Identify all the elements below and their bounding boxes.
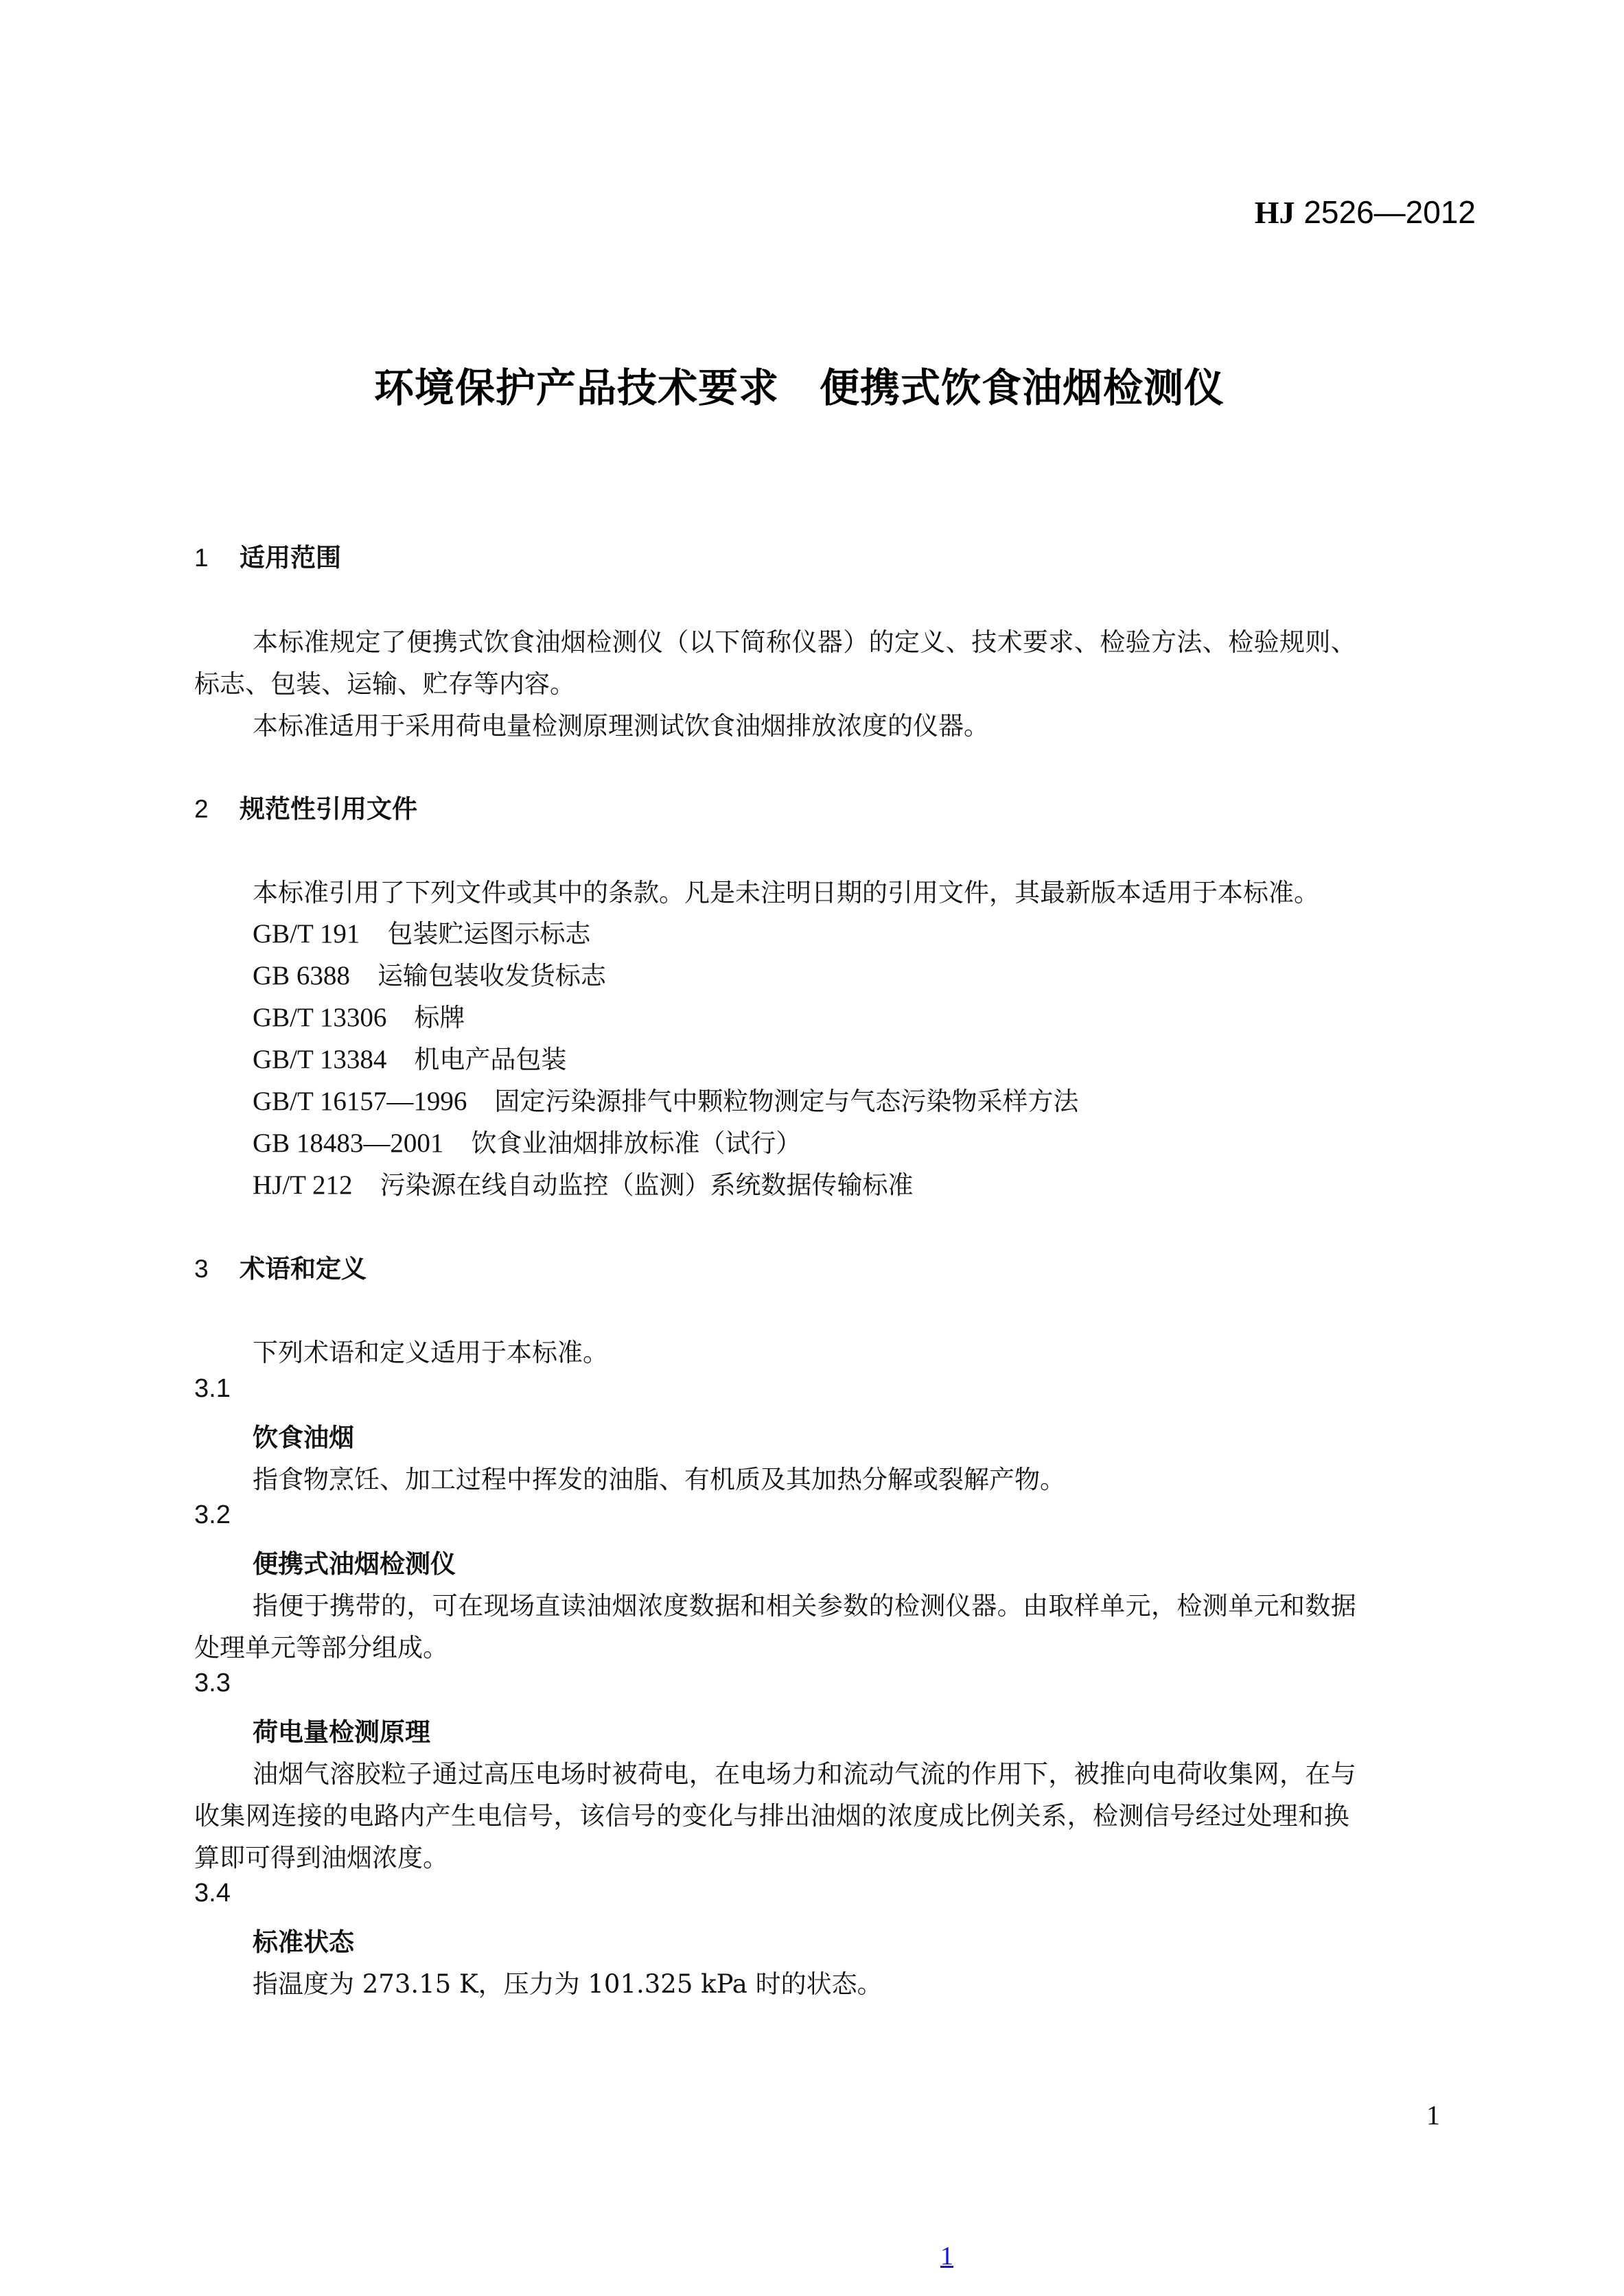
section-heading-1: 1适用范围 bbox=[194, 537, 341, 574]
term-definition: 处理单元等部分组成。 bbox=[194, 1627, 448, 1664]
paragraph: 本标准引用了下列文件或其中的条款。凡是未注明日期的引用文件，其最新版本适用于本标… bbox=[253, 872, 1319, 909]
standard-prefix: HJ bbox=[1255, 195, 1295, 230]
term-definition: 油烟气溶胶粒子通过高压电场时被荷电，在电场力和流动气流的作用下，被推向电荷收集网… bbox=[253, 1753, 1356, 1790]
reference-item: GB/T 13306标牌 bbox=[253, 997, 465, 1034]
term-definition: 指食物烹饪、加工过程中挥发的油脂、有机质及其加热分解或裂解产物。 bbox=[253, 1459, 1065, 1496]
page-link[interactable]: 1 bbox=[940, 2241, 953, 2271]
paragraph: 标志、包装、运输、贮存等内容。 bbox=[194, 663, 575, 700]
section-heading-2: 2规范性引用文件 bbox=[194, 788, 417, 825]
subsection-number: 3.2 bbox=[194, 1500, 231, 1530]
page-number: 1 bbox=[1426, 2099, 1440, 2131]
subsection-number: 3.1 bbox=[194, 1374, 231, 1404]
term-definition: 指温度为 273.15 K，压力为 101.325 kPa 时的状态。 bbox=[253, 1963, 883, 2000]
standard-number: HJ 2526—2012 bbox=[1255, 194, 1476, 231]
term-heading: 饮食油烟 bbox=[253, 1417, 354, 1454]
paragraph: 本标准规定了便携式饮食油烟检测仪（以下简称仪器）的定义、技术要求、检验方法、检验… bbox=[253, 621, 1356, 658]
term-definition: 指便于携带的，可在现场直读油烟浓度数据和相关参数的检测仪器。由取样单元，检测单元… bbox=[253, 1585, 1356, 1622]
reference-item: HJ/T 212污染源在线自动监控（监测）系统数据传输标准 bbox=[253, 1164, 914, 1201]
term-definition: 收集网连接的电路内产生电信号，该信号的变化与排出油烟的浓度成比例关系，检测信号经… bbox=[194, 1795, 1349, 1832]
section-heading-3: 3术语和定义 bbox=[194, 1248, 367, 1285]
reference-item: GB/T 13384机电产品包装 bbox=[253, 1039, 566, 1076]
standard-code: 2526—2012 bbox=[1303, 194, 1476, 230]
reference-item: GB 6388运输包装收发货标志 bbox=[253, 955, 606, 992]
reference-item: GB/T 191包装贮运图示标志 bbox=[253, 913, 590, 950]
subsection-number: 3.4 bbox=[194, 1879, 231, 1908]
paragraph: 下列术语和定义适用于本标准。 bbox=[253, 1332, 608, 1369]
reference-item: GB 18483—2001饮食业油烟排放标准（试行） bbox=[253, 1122, 801, 1159]
term-heading: 荷电量检测原理 bbox=[253, 1711, 430, 1748]
term-definition: 算即可得到油烟浓度。 bbox=[194, 1837, 448, 1874]
reference-item: GB/T 16157—1996固定污染源排气中颗粒物测定与气态污染物采样方法 bbox=[253, 1080, 1078, 1117]
document-title: 环境保护产品技术要求 便携式饮食油烟检测仪 bbox=[374, 356, 1225, 413]
term-heading: 便携式油烟检测仪 bbox=[253, 1543, 456, 1580]
paragraph: 本标准适用于采用荷电量检测原理测试饮食油烟排放浓度的仪器。 bbox=[253, 705, 989, 742]
subsection-number: 3.3 bbox=[194, 1669, 231, 1698]
term-heading: 标准状态 bbox=[253, 1921, 354, 1958]
